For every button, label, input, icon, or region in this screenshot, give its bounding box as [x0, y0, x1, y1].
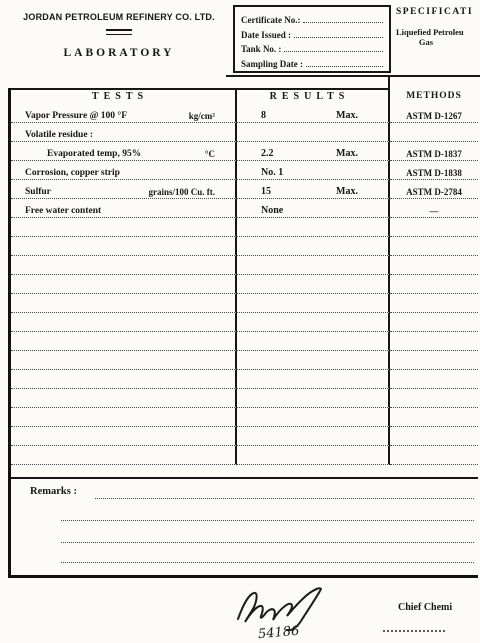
table-header-row: TESTS RESULTS METHODS — [11, 88, 478, 104]
certificate-number-blank — [303, 21, 383, 23]
test-name: Free water content — [25, 206, 101, 216]
method-name: ASTM D-1267 — [406, 111, 462, 121]
company-divider — [106, 29, 132, 35]
table-row-sulfur: Sulfur grains/100 Cu. ft. 15 Max. ASTM D… — [11, 180, 478, 199]
table-row-free-water: Free water content None — — [11, 199, 478, 218]
table-row-vapor-pressure: Vapor Pressure @ 100 °F kg/cm² 8 Max. AS… — [11, 104, 478, 123]
test-unit: °C — [205, 149, 215, 159]
specification-block: SPECIFICATI Liquefied Petroleu Gas — [396, 7, 480, 47]
date-issued-row: Date Issued : — [241, 25, 383, 40]
column-header-tests: TESTS — [92, 91, 148, 102]
empty-table-row — [11, 351, 478, 370]
tank-number-row: Tank No. : — [241, 40, 383, 55]
remarks-line — [95, 497, 474, 499]
test-unit: grains/100 Cu. ft. — [148, 187, 215, 197]
certificate-number-label: Certificate No.: — [241, 15, 300, 25]
signature-block: 54186 — [232, 583, 342, 643]
table-row-evaporated-temp: Evaporated temp, 95% °C 2.2 Max. ASTM D-… — [11, 142, 478, 161]
signature-scribble: 54186 — [232, 583, 342, 641]
remarks-section: Remarks : — [11, 479, 478, 575]
method-name: ASTM D-2784 — [406, 187, 462, 197]
result-value: 2.2 — [261, 148, 274, 159]
result-value: 8 — [261, 110, 266, 121]
signatory-line — [383, 630, 445, 632]
methods-column-rule-segment — [388, 75, 390, 88]
product-name-line2: Gas — [396, 37, 456, 47]
empty-table-row — [11, 370, 478, 389]
result-value: No. 1 — [261, 167, 283, 178]
table-row-corrosion: Corrosion, copper strip No. 1 ASTM D-183… — [11, 161, 478, 180]
result-value: None — [261, 205, 283, 216]
test-unit: kg/cm² — [189, 111, 215, 121]
empty-table-row — [11, 313, 478, 332]
form-bottom-border — [8, 575, 478, 578]
specification-heading: SPECIFICATI — [396, 7, 480, 17]
remarks-label: Remarks : — [30, 486, 77, 497]
signatory-title: Chief Chemi — [398, 602, 452, 613]
test-name: Corrosion, copper strip — [25, 168, 120, 178]
company-name: JORDAN PETROLEUM REFINERY CO. LTD. — [10, 12, 228, 22]
remarks-line — [61, 561, 474, 563]
certificate-box: Certificate No.: Date Issued : Tank No. … — [233, 5, 391, 73]
sampling-date-row: Sampling Date : — [241, 54, 383, 69]
empty-table-row — [11, 218, 478, 237]
column-header-results: RESULTS — [270, 91, 350, 102]
date-issued-blank — [294, 36, 383, 38]
empty-table-row — [11, 446, 478, 465]
empty-table-row — [11, 389, 478, 408]
remarks-line — [61, 541, 474, 543]
results-table: TESTS RESULTS METHODS Vapor Pressure @ 1… — [11, 88, 478, 479]
result-value: 15 — [261, 186, 271, 197]
result-qualifier: Max. — [336, 148, 358, 159]
method-name: ASTM D-1837 — [406, 149, 462, 159]
method-name: ASTM D-1838 — [406, 168, 462, 178]
empty-table-row — [11, 408, 478, 427]
empty-table-row — [11, 237, 478, 256]
tank-number-blank — [284, 50, 383, 52]
signature-number: 54186 — [257, 624, 300, 641]
department-title: LABORATORY — [10, 47, 228, 59]
remarks-line — [61, 519, 474, 521]
result-qualifier: Max. — [336, 186, 358, 197]
result-qualifier: Max. — [336, 110, 358, 121]
test-name: Volatile residue : — [25, 130, 93, 140]
sampling-date-label: Sampling Date : — [241, 59, 303, 69]
empty-table-row — [11, 256, 478, 275]
test-name: Evaporated temp, 95% — [25, 149, 141, 159]
test-name: Vapor Pressure @ 100 °F — [25, 111, 127, 121]
empty-table-row — [11, 275, 478, 294]
empty-table-row — [11, 294, 478, 313]
table-row-volatile-residue: Volatile residue : — [11, 123, 478, 142]
certificate-number-row: Certificate No.: — [241, 10, 383, 25]
column-header-methods: METHODS — [406, 91, 462, 101]
product-name-line1: Liquefied Petroleu — [396, 27, 480, 37]
tank-number-label: Tank No. : — [241, 44, 281, 54]
test-name: Sulfur — [25, 187, 51, 197]
lab-certificate-document: JORDAN PETROLEUM REFINERY CO. LTD. LABOR… — [0, 0, 480, 643]
company-block: JORDAN PETROLEUM REFINERY CO. LTD. LABOR… — [10, 12, 228, 59]
empty-table-row — [11, 332, 478, 351]
sampling-date-blank — [306, 65, 383, 67]
empty-table-row — [11, 427, 478, 446]
date-issued-label: Date Issued : — [241, 30, 291, 40]
method-name: — — [430, 206, 439, 216]
header-rule — [226, 75, 480, 77]
